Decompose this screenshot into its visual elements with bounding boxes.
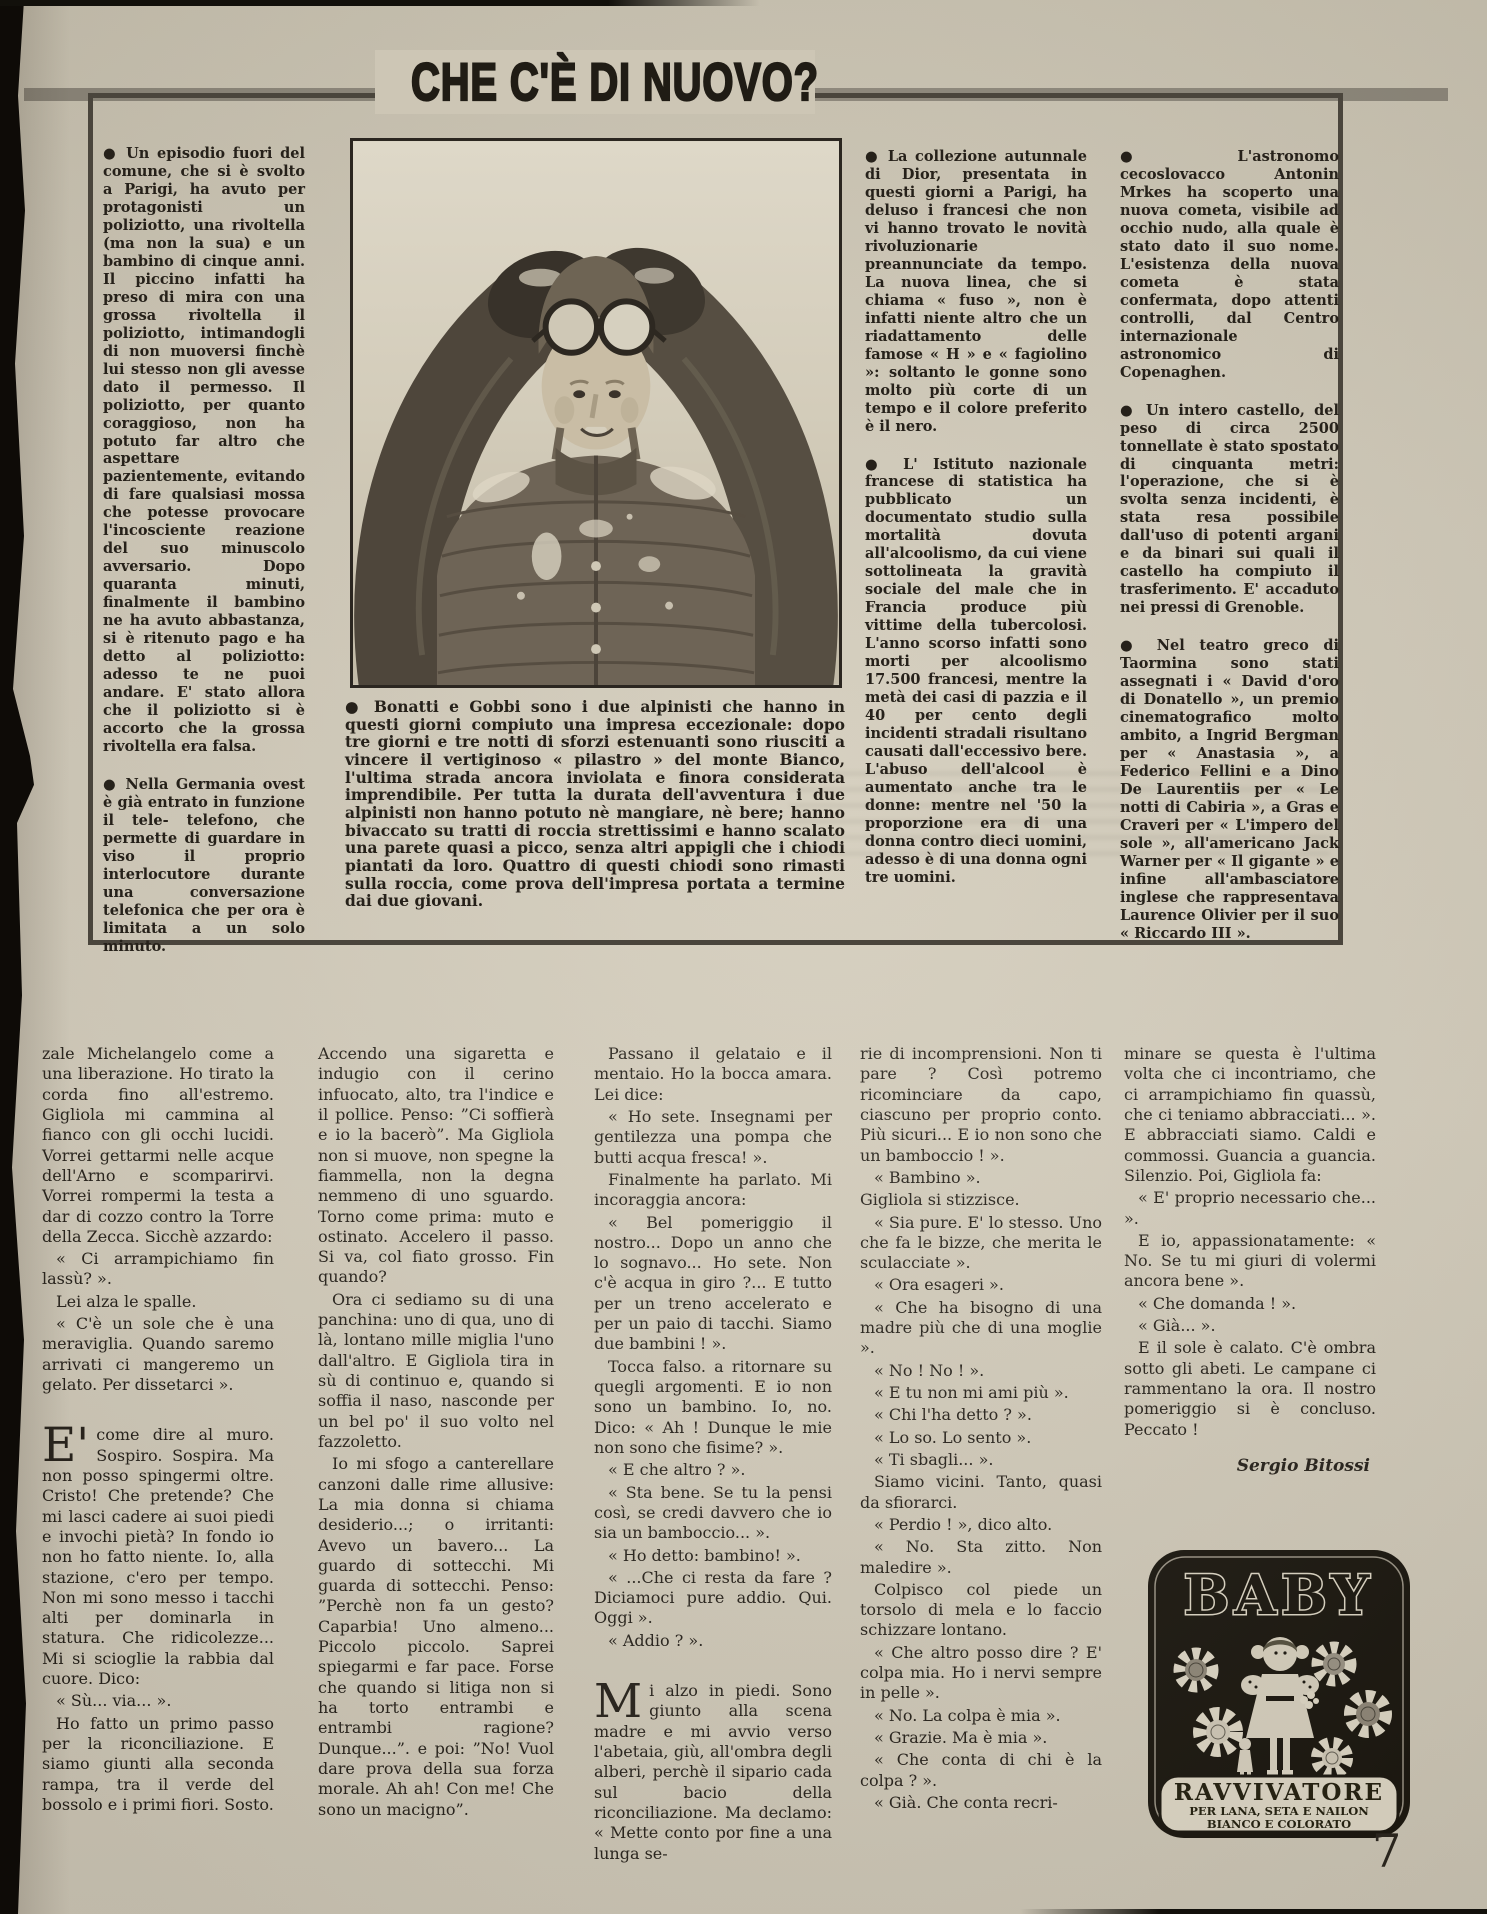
paragraph: « Che conta di chi è la colpa ? ».: [860, 1750, 1102, 1791]
paragraph: « Perdio ! », dico alto.: [860, 1515, 1102, 1535]
news-box-frame: ● Un episodio fuori del comune, che si è…: [88, 93, 1343, 945]
paragraph: Accendo una sigaretta e indugio con il c…: [318, 1044, 554, 1288]
bottom-page-edge: [1020, 1909, 1487, 1914]
paragraph: « No ! No ! ».: [860, 1361, 1102, 1381]
top-page-edge: [0, 0, 760, 6]
paragraph: « Sta bene. Se tu la pensi così, se cred…: [594, 1483, 832, 1544]
paragraph: « Ho sete. Insegnami per gentilezza una …: [594, 1107, 832, 1168]
daisy-icon: [1318, 1648, 1350, 1680]
paragraph: ● Un episodio fuori del comune, che si è…: [103, 145, 305, 756]
daisy-icon: [1351, 1697, 1385, 1731]
paragraph: « E che altro ? ».: [594, 1460, 832, 1480]
baby-ad: BABY: [1146, 1548, 1412, 1840]
paragraph: ● Nella Germania ovest è già entrato in …: [103, 776, 305, 956]
author-byline: Sergio Bitossi: [1124, 1456, 1376, 1476]
paragraph: « Addio ? ».: [594, 1631, 832, 1651]
ad-tagline-1: PER LANA, SETA E NAILON: [1189, 1804, 1369, 1818]
paragraph: « Che ha bisogno di una madre più che di…: [860, 1298, 1102, 1359]
alpinist-photo: [350, 138, 842, 688]
daisy-icon: [1180, 1654, 1212, 1686]
paragraph: « Già. Che conta recri-: [860, 1793, 1102, 1813]
page-number: 7: [1372, 1824, 1401, 1878]
photo-caption: ● Bonatti e Gobbi sono i due alpinisti c…: [345, 698, 845, 910]
paragraph: « Sù... via... ».: [42, 1691, 274, 1711]
paragraph: E io, appassionatamente: « No. Se tu mi …: [1124, 1231, 1376, 1292]
paragraph: « Grazie. Ma è mia ».: [860, 1728, 1102, 1748]
paragraph: « Bambino ».: [860, 1168, 1102, 1188]
news-column-4: ● L'astronomo cecoslovacco Antonin Mrkes…: [1120, 148, 1339, 963]
paragraph: Mi alzo in piedi. Sono giunto alla scena…: [594, 1681, 832, 1864]
paragraph: Lei alza le spalle.: [42, 1292, 274, 1312]
photo-caption-text: ● Bonatti e Gobbi sono i due alpinisti c…: [345, 698, 845, 910]
paragraph: Tocca falso. a ritornare su quegli argom…: [594, 1357, 832, 1459]
paragraph: « E tu non mi ami più ».: [860, 1383, 1102, 1403]
paragraph: « Chi l'ha detto ? ».: [860, 1405, 1102, 1425]
paragraph: Ora ci sediamo su di una panchina: uno d…: [318, 1290, 554, 1453]
paragraph: Finalmente ha parlato. Mi incoraggia anc…: [594, 1170, 832, 1211]
paragraph: E il sole è calato. C'è ombra sotto gli …: [1124, 1338, 1376, 1440]
paragraph: minare se questa è l'ultima volta che ci…: [1124, 1044, 1376, 1186]
paragraph: « Che domanda ! ».: [1124, 1294, 1376, 1314]
paragraph: « No. La colpa è mia ».: [860, 1706, 1102, 1726]
article-column-3: Passano il gelataio e il mentaio. Ho la …: [594, 1042, 832, 1866]
paragraph: « Lo so. Lo sento ».: [860, 1428, 1102, 1448]
paragraph: « No. Sta zitto. Non maledire ».: [860, 1537, 1102, 1578]
daisy-icon: [1200, 1714, 1236, 1750]
paragraph: ● L' Istituto nazionale francese di stat…: [865, 456, 1087, 887]
paragraph: « Bel pomeriggio il nostro... Dopo un an…: [594, 1213, 832, 1355]
paragraph: Io mi sfogo a canterellare canzoni dalle…: [318, 1454, 554, 1820]
paragraph: E'come dire al muro. Sospiro. Sospira. M…: [42, 1425, 274, 1689]
news-column-1: ● Un episodio fuori del comune, che si è…: [103, 145, 305, 976]
paragraph: « Sia pure. E' lo stesso. Uno che fa le …: [860, 1213, 1102, 1274]
paragraph: Passano il gelataio e il mentaio. Ho la …: [594, 1044, 832, 1105]
alpinist-jacket: [437, 448, 755, 685]
drop-cap: M: [594, 1681, 649, 1720]
article-column-4: rie di incomprensioni. Non ti pare ? Cos…: [860, 1042, 1102, 1815]
paragraph: « C'è un sole che è una meraviglia. Quan…: [42, 1314, 274, 1395]
article-column-5-paragraphs: minare se questa è l'ultima volta che ci…: [1124, 1044, 1376, 1440]
magazine-page: ● Un episodio fuori del comune, che si è…: [0, 0, 1487, 1914]
paragraph: Siamo vicini. Tanto, quasi da sfiorarci.: [860, 1472, 1102, 1513]
paragraph: « E' proprio necessario che... ».: [1124, 1188, 1376, 1229]
page-title: CHE C'È DI NUOVO?: [375, 50, 815, 114]
paragraph: « Ci arrampichiamo fin lassù? ».: [42, 1249, 274, 1290]
paragraph: zale Michelangelo come a una liberazione…: [42, 1044, 274, 1247]
page-title-text: CHE C'È DI NUOVO?: [411, 46, 819, 118]
drop-cap: E': [42, 1425, 96, 1464]
paragraph: ● La collezione autunnale di Dior, prese…: [865, 148, 1087, 436]
article-column-2: Accendo una sigaretta e indugio con il c…: [318, 1042, 554, 1822]
paragraph: ● Nel teatro greco di Taormina sono stat…: [1120, 637, 1339, 942]
ad-tagline-2: BIANCO E COLORATO: [1207, 1817, 1351, 1831]
paragraph: rie di incomprensioni. Non ti pare ? Cos…: [860, 1044, 1102, 1166]
paragraph: Gigliola si stizzisce.: [860, 1190, 1102, 1210]
article-column-1: zale Michelangelo come a una liberazione…: [42, 1042, 274, 1817]
news-column-3: ● La collezione autunnale di Dior, prese…: [865, 148, 1087, 907]
paragraph: « ...Che ci resta da fare ? Diciamoci pu…: [594, 1568, 832, 1629]
article-column-5: minare se questa è l'ultima volta che ci…: [1124, 1042, 1376, 1476]
paragraph: « Ti sbagli... ».: [860, 1450, 1102, 1470]
paragraph: ● L'astronomo cecoslovacco Antonin Mrkes…: [1120, 148, 1339, 382]
paragraph: Ho fatto un primo passo per la riconcili…: [42, 1714, 274, 1816]
ad-brand-text: BABY: [1184, 1563, 1375, 1627]
baby-ad-graphic: BABY: [1146, 1548, 1412, 1840]
ad-product-text: RAVVIVATORE: [1174, 1779, 1384, 1806]
paragraph: ● Un intero castello, del peso di circa …: [1120, 402, 1339, 618]
paragraph: « Ora esageri ».: [860, 1275, 1102, 1295]
paragraph: « Già... ».: [1124, 1316, 1376, 1336]
alpinist-photo-graphic: [353, 141, 839, 685]
paragraph: « Ho detto: bambino! ».: [594, 1546, 832, 1566]
paragraph: Colpisco col piede un torsolo di mela e …: [860, 1580, 1102, 1641]
paragraph: « Che altro posso dire ? E' colpa mia. H…: [860, 1643, 1102, 1704]
binding-edge: [0, 0, 40, 1914]
